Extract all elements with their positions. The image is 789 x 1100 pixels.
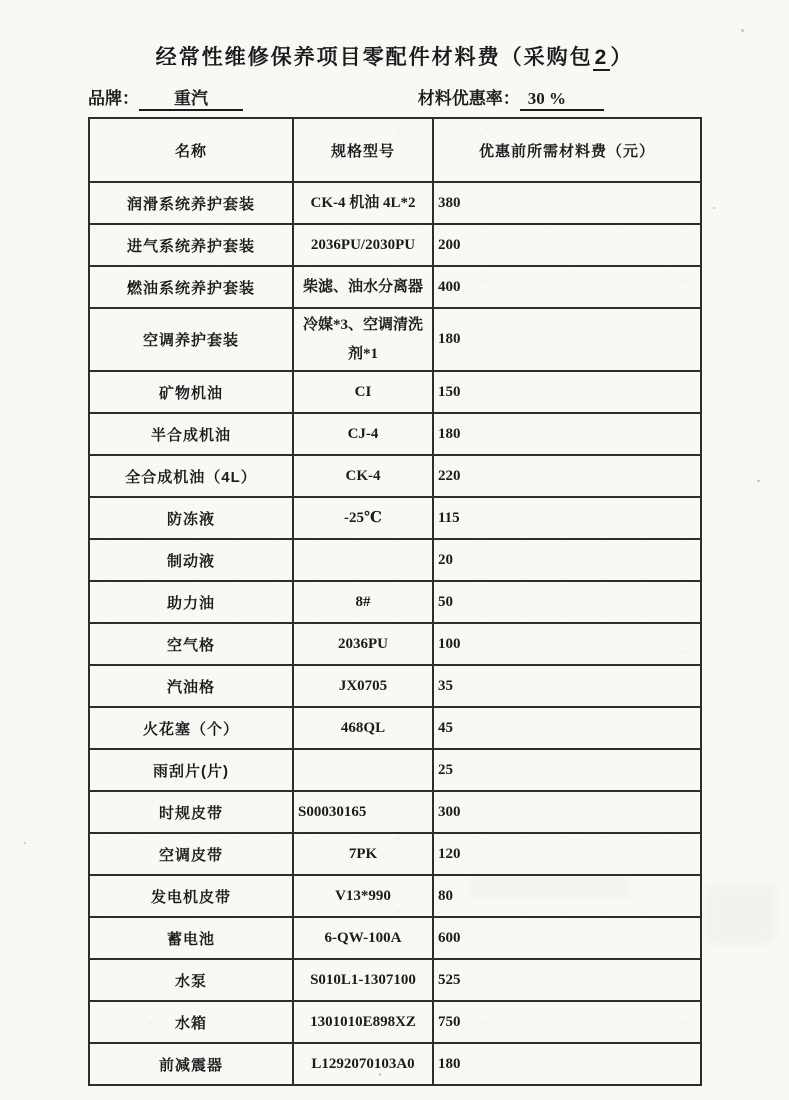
cell-fee: 25 xyxy=(433,749,701,791)
header-row: 名称 规格型号 优惠前所需材料费（元） xyxy=(89,118,701,182)
cell-fee: 200 xyxy=(433,224,701,266)
table-header: 名称 规格型号 优惠前所需材料费（元） xyxy=(89,118,701,182)
cell-fee: 180 xyxy=(433,1043,701,1085)
table-row: 进气系统养护套装2036PU/2030PU200 xyxy=(89,224,701,266)
header-name: 名称 xyxy=(89,118,293,182)
cell-name: 空气格 xyxy=(89,623,293,665)
cell-spec: 468QL xyxy=(293,707,433,749)
scan-speck xyxy=(757,480,760,482)
table-row: 助力油8#50 xyxy=(89,581,701,623)
cell-fee: 400 xyxy=(433,266,701,308)
cell-fee: 180 xyxy=(433,308,701,371)
cell-spec xyxy=(293,539,433,581)
cell-name: 发电机皮带 xyxy=(89,875,293,917)
cell-spec: CK-4 xyxy=(293,455,433,497)
header-spec: 规格型号 xyxy=(293,118,433,182)
meta-row: 品牌：重汽 材料优惠率：30 % xyxy=(88,84,700,111)
cell-name: 时规皮带 xyxy=(89,791,293,833)
table-row: 时规皮带S00030165300 xyxy=(89,791,701,833)
cell-spec: S010L1-1307100 xyxy=(293,959,433,1001)
cell-fee: 50 xyxy=(433,581,701,623)
table-body: 润滑系统养护套装CK-4 机油 4L*2380进气系统养护套装2036PU/20… xyxy=(89,182,701,1085)
title-suffix: ） xyxy=(610,46,633,69)
table-row: 雨刮片(片)25 xyxy=(89,749,701,791)
cell-fee: 115 xyxy=(433,497,701,539)
scan-speck xyxy=(24,842,26,844)
cell-name: 汽油格 xyxy=(89,665,293,707)
cell-name: 空调皮带 xyxy=(89,833,293,875)
materials-fee-table: 名称 规格型号 优惠前所需材料费（元） 润滑系统养护套装CK-4 机油 4L*2… xyxy=(88,117,702,1086)
table-row: 全合成机油（4L）CK-4220 xyxy=(89,455,701,497)
cell-fee: 525 xyxy=(433,959,701,1001)
discount-rate-value: 30 % xyxy=(520,89,604,111)
cell-spec: 2036PU xyxy=(293,623,433,665)
cell-fee: 120 xyxy=(433,833,701,875)
cell-fee: 750 xyxy=(433,1001,701,1043)
scan-speck xyxy=(741,29,744,32)
cell-name: 助力油 xyxy=(89,581,293,623)
cell-name: 矿物机油 xyxy=(89,371,293,413)
table-row: 前减震器L1292070103A0180 xyxy=(89,1043,701,1085)
cell-spec: 6-QW-100A xyxy=(293,917,433,959)
brand-field: 品牌：重汽 xyxy=(88,84,243,111)
cell-name: 水泵 xyxy=(89,959,293,1001)
discount-rate-field: 材料优惠率：30 % xyxy=(418,84,604,111)
cell-fee: 20 xyxy=(433,539,701,581)
cell-name: 半合成机油 xyxy=(89,413,293,455)
discount-rate-label: 材料优惠率： xyxy=(418,89,520,108)
cell-fee: 100 xyxy=(433,623,701,665)
cell-name: 火花塞（个） xyxy=(89,707,293,749)
cell-name: 前减震器 xyxy=(89,1043,293,1085)
cell-name: 润滑系统养护套装 xyxy=(89,182,293,224)
cell-spec: S00030165 xyxy=(293,791,433,833)
cell-fee: 180 xyxy=(433,413,701,455)
cell-fee: 300 xyxy=(433,791,701,833)
table-row: 火花塞（个）468QL45 xyxy=(89,707,701,749)
table-row: 防冻液-25℃115 xyxy=(89,497,701,539)
cell-spec: 1301010E898XZ xyxy=(293,1001,433,1043)
cell-fee: 35 xyxy=(433,665,701,707)
table-row: 空气格2036PU100 xyxy=(89,623,701,665)
scan-smudge xyxy=(706,884,776,944)
cell-spec: 7PK xyxy=(293,833,433,875)
cell-spec xyxy=(293,749,433,791)
cell-spec: CI xyxy=(293,371,433,413)
cell-name: 空调养护套装 xyxy=(89,308,293,371)
cell-fee: 380 xyxy=(433,182,701,224)
cell-name: 制动液 xyxy=(89,539,293,581)
brand-label: 品牌： xyxy=(88,89,139,108)
title-package-number: 2 xyxy=(593,46,611,71)
table-row: 半合成机油CJ-4180 xyxy=(89,413,701,455)
cell-fee: 220 xyxy=(433,455,701,497)
table-row: 水泵S010L1-1307100525 xyxy=(89,959,701,1001)
cell-spec: 冷媒*3、空调清洗剂*1 xyxy=(293,308,433,371)
cell-name: 防冻液 xyxy=(89,497,293,539)
cell-spec: -25℃ xyxy=(293,497,433,539)
page-title: 经常性维修保养项目零配件材料费（采购包2） xyxy=(0,0,789,72)
cell-spec: L1292070103A0 xyxy=(293,1043,433,1085)
cell-spec: V13*990 xyxy=(293,875,433,917)
table-row: 制动液20 xyxy=(89,539,701,581)
table-row: 蓄电池6-QW-100A600 xyxy=(89,917,701,959)
table-row: 水箱1301010E898XZ750 xyxy=(89,1001,701,1043)
table-row: 燃油系统养护套装柴滤、油水分离器400 xyxy=(89,266,701,308)
header-fee: 优惠前所需材料费（元） xyxy=(433,118,701,182)
cell-spec: 柴滤、油水分离器 xyxy=(293,266,433,308)
scan-speck xyxy=(379,1073,381,1076)
cell-spec: JX0705 xyxy=(293,665,433,707)
cell-spec: CJ-4 xyxy=(293,413,433,455)
cell-name: 进气系统养护套装 xyxy=(89,224,293,266)
cell-name: 燃油系统养护套装 xyxy=(89,266,293,308)
title-text: 经常性维修保养项目零配件材料费（采购包 xyxy=(156,46,593,69)
cell-spec: CK-4 机油 4L*2 xyxy=(293,182,433,224)
brand-value: 重汽 xyxy=(139,84,243,111)
cell-spec: 2036PU/2030PU xyxy=(293,224,433,266)
scanned-document-page: 经常性维修保养项目零配件材料费（采购包2） 品牌：重汽 材料优惠率：30 % 名… xyxy=(0,0,789,1100)
cell-fee: 150 xyxy=(433,371,701,413)
scan-smudge xyxy=(470,878,630,898)
cell-fee: 45 xyxy=(433,707,701,749)
table-row: 润滑系统养护套装CK-4 机油 4L*2380 xyxy=(89,182,701,224)
cell-name: 全合成机油（4L） xyxy=(89,455,293,497)
table-row: 空调养护套装冷媒*3、空调清洗剂*1180 xyxy=(89,308,701,371)
table-row: 汽油格JX070535 xyxy=(89,665,701,707)
scan-speck xyxy=(713,207,715,209)
cell-name: 水箱 xyxy=(89,1001,293,1043)
cell-name: 蓄电池 xyxy=(89,917,293,959)
cell-fee: 600 xyxy=(433,917,701,959)
table-row: 矿物机油CI150 xyxy=(89,371,701,413)
cell-spec: 8# xyxy=(293,581,433,623)
table-row: 空调皮带7PK120 xyxy=(89,833,701,875)
cell-name: 雨刮片(片) xyxy=(89,749,293,791)
